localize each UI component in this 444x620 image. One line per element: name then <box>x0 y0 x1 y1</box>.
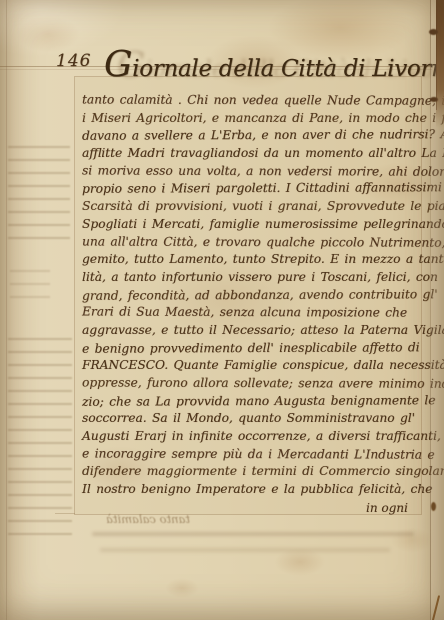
manuscript-line: e benigno provvedimento dell' inesplicab… <box>82 339 418 358</box>
manuscript-line: oppresse, furono allora sollevate; senza… <box>82 374 418 393</box>
manuscript-line: FRANCESCO. Quante Famiglie conspicue, da… <box>82 357 418 375</box>
manuscript-text-block: tanto calamità . Chi non vedea quelle Nu… <box>82 92 418 499</box>
manuscript-line: una all'altra Città, e trovaro qualche p… <box>82 233 418 252</box>
left-fold-line <box>6 0 7 620</box>
manuscript-line: zio; che sa La provvida mano Augusta ben… <box>82 392 418 411</box>
manuscript-line: davano a svellere a L'Erba, e non aver d… <box>82 127 418 146</box>
folio-number: 146 <box>56 51 91 71</box>
manuscript-line: lità, a tanto infortunio vissero pure i … <box>82 269 418 287</box>
bleedthrough-catchline: tanto calamità <box>106 512 190 526</box>
catchword: in ogni <box>366 501 408 515</box>
manuscript-line: difendere maggiormente i termini di Comm… <box>82 463 418 481</box>
binding-mark <box>429 29 438 35</box>
left-margin-bleedthrough <box>10 262 50 302</box>
bleedthrough-line <box>92 532 414 536</box>
manuscript-line: si moriva esso una volta, a non vedersi … <box>82 162 418 181</box>
manuscript-line: Spogliati i Mercati, famiglie numerosiss… <box>82 216 418 234</box>
manuscript-page: 146 Giornale della Città di Livorno tant… <box>0 0 444 620</box>
manuscript-line: Scarsità di provvisioni, vuoti i granai,… <box>82 198 418 216</box>
manuscript-line: i Miseri Agricoltori, e mancanza di Pane… <box>82 110 418 128</box>
bleedthrough-line <box>100 548 390 552</box>
binding-edge-line <box>436 0 437 110</box>
manuscript-line: e incoraggire sempre più da i Mercadanti… <box>82 445 418 464</box>
left-margin-bleedthrough <box>8 330 72 544</box>
manuscript-line: Augusti Erarj in infinite occorrenze, a … <box>82 428 418 446</box>
manuscript-line: afflitte Madri travagliandosi da un mome… <box>82 145 418 163</box>
binding-mark <box>430 97 438 102</box>
page-crease-line <box>430 0 431 620</box>
page-title: Giornale della Città di Livorno <box>104 44 414 85</box>
binding-edge <box>436 0 444 128</box>
manuscript-line: grand, fecondità, ad abbondanza, avendo … <box>82 286 418 305</box>
manuscript-line: tanto calamità . Chi non vedea quelle Nu… <box>82 91 418 110</box>
manuscript-line: soccorrea. Sa il Mondo, quanto Somminist… <box>82 410 418 428</box>
manuscript-line: aggravasse, e tutto il Necessario; attes… <box>82 322 418 340</box>
left-margin-bleedthrough <box>8 138 70 250</box>
manuscript-line: Erari di Sua Maestà, senza alcuna imposi… <box>82 304 418 323</box>
manuscript-line: gemito, tutto Lamento, tunto Strepito. E… <box>82 251 418 269</box>
binding-mark <box>431 502 436 511</box>
manuscript-line: Il nostro benigno Imperatore e la pubbli… <box>82 481 418 499</box>
manuscript-line: propio seno i Miseri pargoletti. I Citta… <box>82 180 418 199</box>
